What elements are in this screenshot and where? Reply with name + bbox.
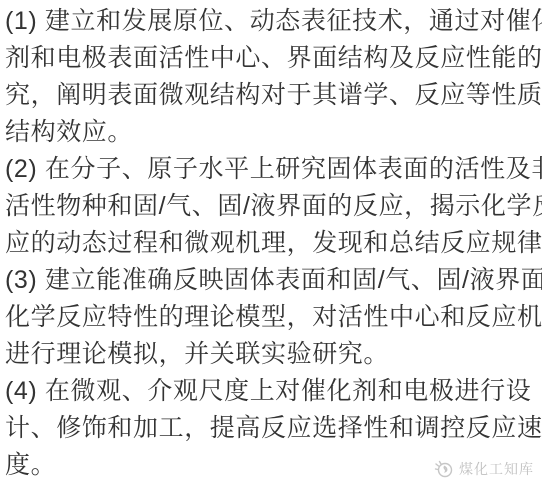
text-line: 究，阐明表面微观结构对于其谱学、反应等性质的	[5, 77, 540, 114]
knowledge-base-logo-icon	[434, 459, 454, 479]
text-line: 进行理论模拟，并关联实验研究。	[5, 336, 540, 373]
paragraph-2: (2) 在分子、原子水平上研究固体表面的活性及非 活性物种和固/气、固/液界面的…	[5, 151, 540, 262]
text-line: (1) 建立和发展原位、动态表征技术，通过对催化	[5, 3, 540, 40]
text-line: (3) 建立能准确反映固体表面和固/气、固/液界面	[5, 262, 540, 299]
text-line: 剂和电极表面活性中心、界面结构及反应性能的研	[5, 40, 540, 77]
text-line: (4) 在微观、介观尺度上对催化剂和电极进行设	[5, 373, 540, 410]
paragraph-1: (1) 建立和发展原位、动态表征技术，通过对催化 剂和电极表面活性中心、界面结构…	[5, 3, 540, 151]
paragraph-3: (3) 建立能准确反映固体表面和固/气、固/液界面 化学反应特性的理论模型，对活…	[5, 262, 540, 373]
text-line: 应的动态过程和微观机理，发现和总结反应规律。	[5, 225, 540, 262]
watermark: 煤化工知库	[434, 459, 534, 479]
text-line: 结构效应。	[5, 114, 540, 151]
text-line: 活性物种和固/气、固/液界面的反应，揭示化学反	[5, 188, 540, 225]
watermark-label: 煤化工知库	[459, 459, 534, 479]
text-line: (2) 在分子、原子水平上研究固体表面的活性及非	[5, 151, 540, 188]
article-text: (1) 建立和发展原位、动态表征技术，通过对催化 剂和电极表面活性中心、界面结构…	[0, 0, 542, 484]
text-line: 化学反应特性的理论模型，对活性中心和反应机理	[5, 299, 540, 336]
text-line: 计、修饰和加工，提高反应选择性和调控反应速	[5, 410, 540, 447]
